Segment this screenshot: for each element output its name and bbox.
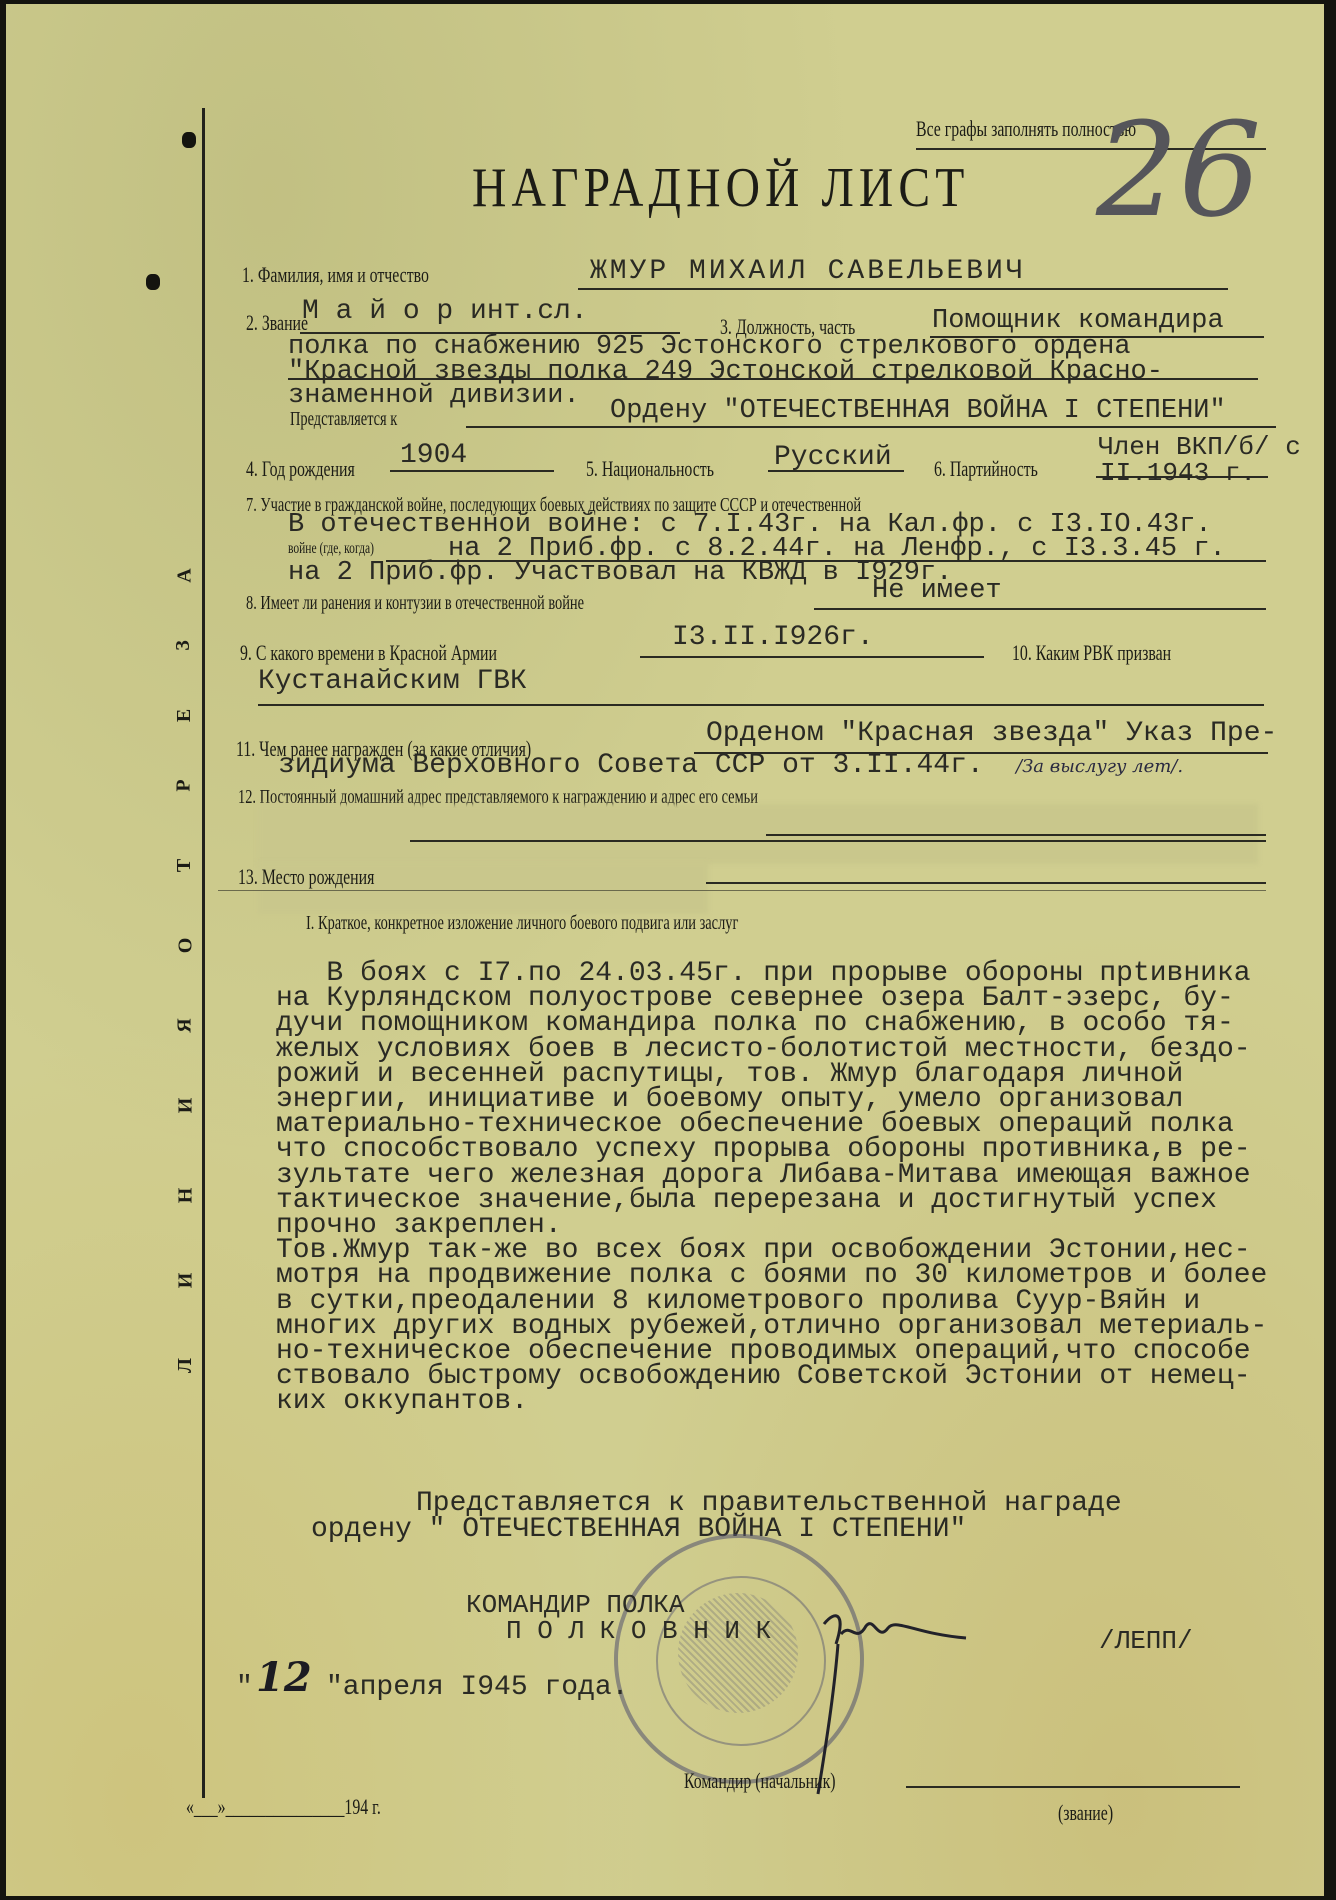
margin-cut-line: [202, 108, 205, 1798]
margin-letter: З: [172, 640, 195, 651]
section-heading: I. Краткое, конкретное изложение личного…: [306, 912, 738, 935]
separator: [218, 890, 1266, 891]
label-birthplace: 13. Место рождения: [238, 864, 374, 890]
margin-letter: О: [174, 938, 197, 954]
margin-letter: Е: [173, 709, 196, 722]
label-full-name: 1. Фамилия, имя и отчество: [242, 262, 429, 288]
handwritten-number: 26: [1096, 94, 1261, 246]
date-text: "апреля I945 года.: [326, 1672, 628, 1703]
narrative-line: ких оккупантов.: [276, 1386, 528, 1417]
margin-letter: Л: [174, 1358, 197, 1373]
margin-letter: А: [174, 568, 197, 582]
underline: [814, 608, 1266, 610]
label-commander: Командир (начальник): [684, 1768, 836, 1794]
handwritten-note: /За выслугу лет/.: [1016, 756, 1183, 777]
underline: [766, 834, 1266, 836]
margin-letter: Н: [174, 1188, 197, 1204]
page-title: НАГРАДНОЙ ЛИСТ: [472, 156, 969, 220]
underline: [390, 470, 554, 472]
underline: [1096, 476, 1268, 478]
signatory-rank: П О Л К О В Н И К: [506, 1616, 771, 1646]
label-wounds: 8. Имеет ли ранения и контузии в отечест…: [246, 592, 584, 615]
emblem-icon: [678, 1593, 798, 1713]
underline: [258, 704, 1264, 706]
value-position-line2: полка по снабжению 925 Эстонского стрелк…: [288, 336, 1131, 359]
value-army-since: I3.II.I926г.: [672, 622, 874, 653]
label-presented-to: Представляется к: [290, 408, 397, 431]
value-presented-to: Ордену "ОТЕЧЕСТВЕННАЯ ВОЙНА I СТЕПЕНИ": [610, 396, 1226, 426]
value-birth-year: 1904: [400, 440, 467, 471]
underline: [410, 840, 1266, 842]
margin-letter: И: [174, 1273, 197, 1289]
underline: [640, 656, 984, 658]
underline: [288, 378, 1258, 380]
underline: [906, 1786, 1240, 1788]
value-war-line3: на 2 Приб.фр. Участвовал на КВЖД в I929г…: [288, 558, 952, 588]
date-day-handwritten: 12: [256, 1654, 312, 1701]
signature-scribble: [816, 1604, 1016, 1804]
margin-letter: Я: [174, 1018, 197, 1032]
signatory-name: /ЛЕПП/: [1099, 1626, 1193, 1656]
value-position-line4: знаменной дивизии.: [288, 385, 580, 408]
value-nationality: Русский: [774, 442, 892, 473]
underline: [578, 288, 1228, 290]
value-rank: М а й о р инт.сл.: [302, 296, 588, 327]
label-birth-year: 4. Год рождения: [246, 456, 355, 482]
label-army-since: 9. С какого времени в Красной Армии: [240, 640, 497, 666]
punch-hole: [146, 274, 160, 290]
margin-letter: И: [174, 1098, 197, 1114]
punch-hole: [182, 132, 196, 148]
value-full-name: ЖМУР МИХАИЛ САВЕЛЬЕВИЧ: [590, 256, 1026, 287]
footer-date-blank: «___»_______________194 г.: [186, 1794, 381, 1820]
label-war-where-when: войне (где, когда): [288, 540, 374, 558]
label-rank-footer: (звание): [1058, 1800, 1113, 1826]
label-party: 6. Партийность: [934, 456, 1038, 482]
value-party-line2: II.1943 г.: [1100, 458, 1256, 488]
underline: [706, 882, 1266, 884]
date-quote: ": [236, 1672, 253, 1703]
value-prior-awards-line1: Орденом "Красная звезда" Указ Пре-: [706, 718, 1277, 749]
margin-letter: Р: [173, 779, 196, 791]
underline: [466, 426, 1276, 428]
recommendation-line2: ордену " ОТЕЧЕСТВЕННАЯ ВОЙНА I СТЕПЕНИ": [311, 1514, 966, 1545]
margin-letter: Т: [173, 859, 196, 872]
label-nationality: 5. Национальность: [586, 456, 714, 482]
value-draft-office: Кустанайским ГВК: [258, 666, 527, 697]
underline: [768, 470, 904, 472]
value-prior-awards-line2: зидиума Верховного Совета ССР от 3.II.44…: [278, 750, 984, 781]
label-draft-office: 10. Каким РВК призван: [1012, 640, 1171, 666]
award-sheet-page: Л И Н И Я О Т Р Е З А Все графы заполнят…: [6, 4, 1324, 1896]
value-wounds: Не имеет: [872, 576, 1002, 606]
